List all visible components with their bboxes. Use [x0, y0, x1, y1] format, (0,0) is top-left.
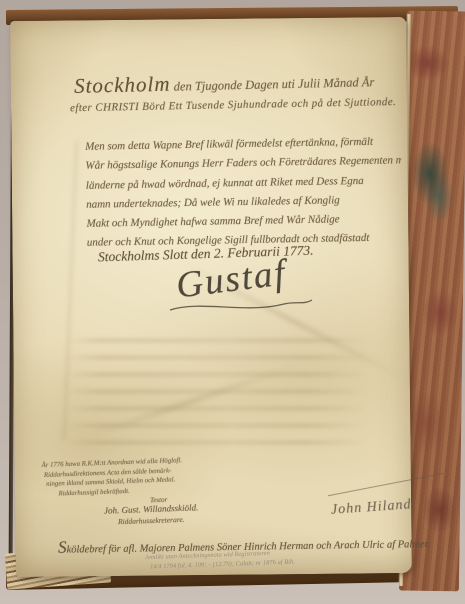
- heading-city: Stockholm: [74, 72, 171, 98]
- signature-flourish: [166, 296, 316, 318]
- ink-bleedthrough-lines: [66, 338, 366, 457]
- attestation-note: År 1776 hawa R.K.M:tt Anordnan wid alla …: [41, 455, 212, 499]
- photograph-of-bound-manuscript: Stockholm den Tjugonde Dagen uti Julii M…: [0, 0, 465, 604]
- body-text: Men som detta Wapne Bref likwäl förmedel…: [85, 132, 403, 253]
- heading-line-1-rest: den Tjugonde Dagen uti Julii Månad År: [170, 75, 374, 94]
